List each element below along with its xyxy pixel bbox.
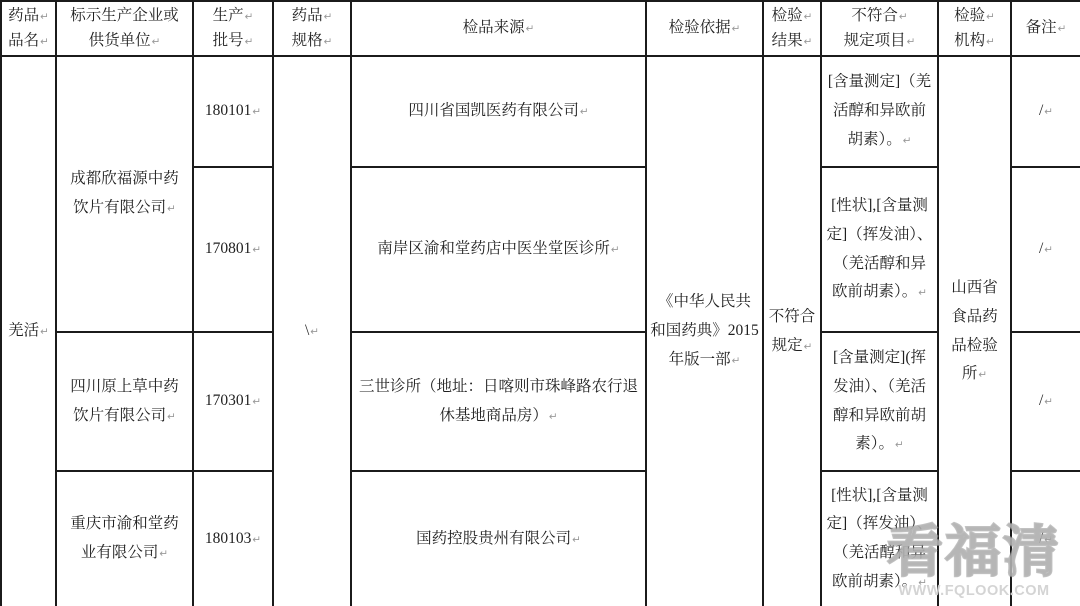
- col-header-nonconforming-items: 不符合↵规定项目↵: [821, 1, 938, 56]
- cell-drug-name: 羌活↵: [1, 56, 56, 606]
- col-header-test-result: 检验↵结果↵: [763, 1, 821, 56]
- cell-nonconforming-items-1: [含量测定]（羌活醇和异欧前胡素）。↵: [821, 56, 938, 167]
- col-header-remarks: 备注↵: [1011, 1, 1080, 56]
- cell-test-result: 不符合规定↵: [763, 56, 821, 606]
- cell-batch-no-2: 170801↵: [193, 167, 273, 332]
- cell-batch-no-3: 170301↵: [193, 332, 273, 471]
- col-header-test-institution: 检验↵机构↵: [938, 1, 1011, 56]
- cell-sample-source-4: 国药控股贵州有限公司↵: [351, 471, 646, 606]
- cell-manufacturer-2: 四川原上草中药饮片有限公司↵: [56, 332, 193, 471]
- col-header-drug-name: 药品↵品名↵: [1, 1, 56, 56]
- cell-remarks-4: /↵: [1011, 471, 1080, 606]
- cell-spec: \↵: [273, 56, 351, 606]
- col-header-spec: 药品↵规格↵: [273, 1, 351, 56]
- cell-nonconforming-items-3: [含量测定](挥发油）、（羌活醇和异欧前胡素）。↵: [821, 332, 938, 471]
- table-header-row: 药品↵品名↵ 标示生产企业或供货单位↵ 生产↵批号↵ 药品↵规格↵ 检品来源↵ …: [1, 1, 1080, 56]
- cell-nonconforming-items-2: [性状],[含量测定]（挥发油）、（羌活醇和异欧前胡素）。↵: [821, 167, 938, 332]
- cell-manufacturer-1: 成都欣福源中药饮片有限公司↵: [56, 56, 193, 332]
- table-row: 重庆市渝和堂药业有限公司↵ 180103↵ 国药控股贵州有限公司↵ [性状],[…: [1, 471, 1080, 606]
- cell-sample-source-3: 三世诊所（地址：日喀则市珠峰路农行退休基地商品房）↵: [351, 332, 646, 471]
- col-header-batch-no: 生产↵批号↵: [193, 1, 273, 56]
- cell-batch-no-4: 180103↵: [193, 471, 273, 606]
- cell-remarks-3: /↵: [1011, 332, 1080, 471]
- inspection-results-table: 药品↵品名↵ 标示生产企业或供货单位↵ 生产↵批号↵ 药品↵规格↵ 检品来源↵ …: [0, 0, 1080, 606]
- cell-sample-source-2: 南岸区渝和堂药店中医坐堂医诊所↵: [351, 167, 646, 332]
- table-row: 四川原上草中药饮片有限公司↵ 170301↵ 三世诊所（地址：日喀则市珠峰路农行…: [1, 332, 1080, 471]
- cell-test-basis: 《中华人民共和国药典》2015年版一部↵: [646, 56, 763, 606]
- table-row: 羌活↵ 成都欣福源中药饮片有限公司↵ 180101↵ \↵ 四川省国凯医药有限公…: [1, 56, 1080, 167]
- cell-nonconforming-items-4: [性状],[含量测定]（挥发油）、（羌活醇和异欧前胡素）。↵: [821, 471, 938, 606]
- cell-batch-no-1: 180101↵: [193, 56, 273, 167]
- col-header-manufacturer: 标示生产企业或供货单位↵: [56, 1, 193, 56]
- col-header-test-basis: 检验依据↵: [646, 1, 763, 56]
- col-header-sample-source: 检品来源↵: [351, 1, 646, 56]
- cell-remarks-1: /↵: [1011, 56, 1080, 167]
- cell-test-institution: 山西省食品药品检验所↵: [938, 56, 1011, 606]
- cell-remarks-2: /↵: [1011, 167, 1080, 332]
- cell-sample-source-1: 四川省国凯医药有限公司↵: [351, 56, 646, 167]
- cell-manufacturer-3: 重庆市渝和堂药业有限公司↵: [56, 471, 193, 606]
